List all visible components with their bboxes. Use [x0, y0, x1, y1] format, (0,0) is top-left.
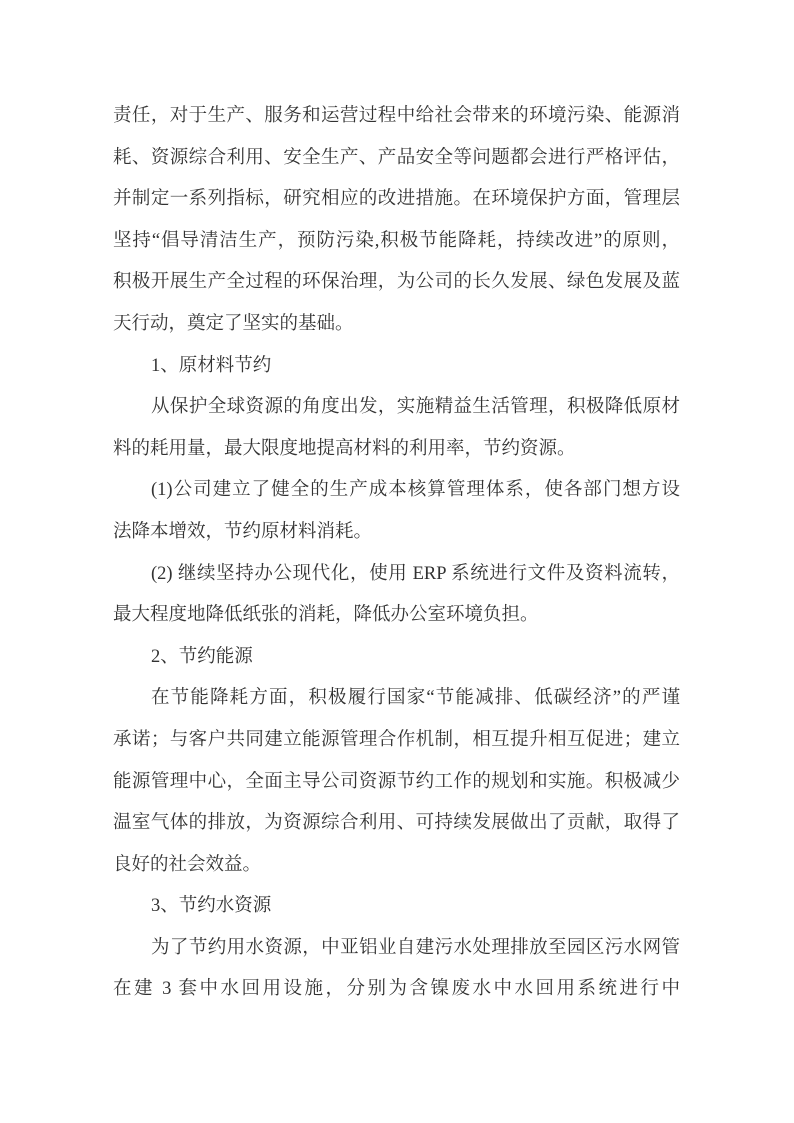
text-line: 责任，对于生产、服务和运营过程中给社会带来的环境污染、能源消	[113, 96, 680, 138]
text-line: 良好的社会效益。	[113, 845, 680, 887]
text-line: (1)公司建立了健全的生产成本核算管理体系，使各部门想方设	[113, 470, 680, 512]
text-line: 最大程度地降低纸张的消耗，降低办公室环境负担。	[113, 595, 680, 637]
text-line: 从保护全球资源的角度出发，实施精益生活管理，积极降低原材	[113, 387, 680, 429]
text-line: 温室气体的排放，为资源综合利用、可持续发展做出了贡献，取得了	[113, 803, 680, 845]
section-heading-water: 3、节约水资源	[113, 886, 680, 928]
text-line: 并制定一系列指标，研究相应的改进措施。在环境保护方面，管理层	[113, 179, 680, 221]
document-text-block: 责任，对于生产、服务和运营过程中给社会带来的环境污染、能源消 耗、资源综合利用、…	[113, 96, 680, 1011]
text-line: 天行动，奠定了坚实的基础。	[113, 304, 680, 346]
text-line: 在建 3 套中水回用设施，分别为含镍废水中水回用系统进行中	[113, 969, 680, 1011]
text-line: 能源管理中心，全面主导公司资源节约工作的规划和实施。积极减少	[113, 762, 680, 804]
text-line: 为了节约用水资源，中亚铝业自建污水处理排放至园区污水网管	[113, 928, 680, 970]
text-line: 耗、资源综合利用、安全生产、产品安全等问题都会进行严格评估，	[113, 138, 680, 180]
document-page: 责任，对于生产、服务和运营过程中给社会带来的环境污染、能源消 耗、资源综合利用、…	[0, 0, 794, 1123]
text-line: (2) 继续坚持办公现代化，使用 ERP 系统进行文件及资料流转，	[113, 554, 680, 596]
text-line: 承诺；与客户共同建立能源管理合作机制，相互提升相互促进；建立	[113, 720, 680, 762]
text-line: 法降本增效，节约原材料消耗。	[113, 512, 680, 554]
section-heading-materials: 1、原材料节约	[113, 346, 680, 388]
section-heading-energy: 2、节约能源	[113, 637, 680, 679]
text-line: 坚持“倡导清洁生产，预防污染,积极节能降耗，持续改进”的原则，	[113, 221, 680, 263]
text-line: 积极开展生产全过程的环保治理，为公司的长久发展、绿色发展及蓝	[113, 262, 680, 304]
text-line: 料的耗用量，最大限度地提高材料的利用率，节约资源。	[113, 429, 680, 471]
text-line: 在节能降耗方面，积极履行国家“节能减排、低碳经济”的严谨	[113, 678, 680, 720]
